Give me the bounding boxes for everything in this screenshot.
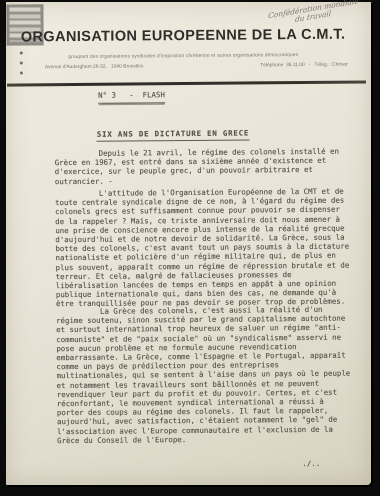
letterhead-contact-row: Avenue d'Auderghem 26-32, 1040 Bruxelles… [45, 63, 348, 71]
document-page: Confédération mondiale du travail ORGANI… [6, 2, 371, 485]
document-title-wrap: SIX ANS DE DICTATURE EN GRECE [5, 120, 340, 142]
scan-background: Confédération mondiale du travail ORGANI… [0, 0, 380, 496]
letterhead-subtitle: groupant des organisations syndicales d'… [5, 52, 362, 60]
letterhead-title: ORGANISATION EUROPEENNE DE LA C.M.T. [5, 26, 362, 45]
letterhead-divider [7, 80, 366, 86]
paragraph-2: L'attitude de l'Organisation Européenne … [55, 187, 352, 309]
document-title: SIX ANS DE DICTATURE EN GRECE [97, 128, 249, 141]
letterhead-address: Avenue d'Auderghem 26-32, 1040 Bruxelles [45, 64, 143, 70]
letterhead-phone: Téléphone 35.11.00 - Télég. : Chrisor [260, 63, 348, 69]
page-continuation-marker: ./.. [302, 459, 320, 468]
paragraph-3: La Grèce des colonels, c'est aussi la ré… [56, 305, 353, 446]
reference-number: N° 3 - FLASH [98, 90, 165, 104]
paragraph-1: Depuis le 21 avril, le régime des colone… [55, 147, 351, 186]
handwritten-annotation: Confédération mondiale du travail [268, 0, 359, 29]
